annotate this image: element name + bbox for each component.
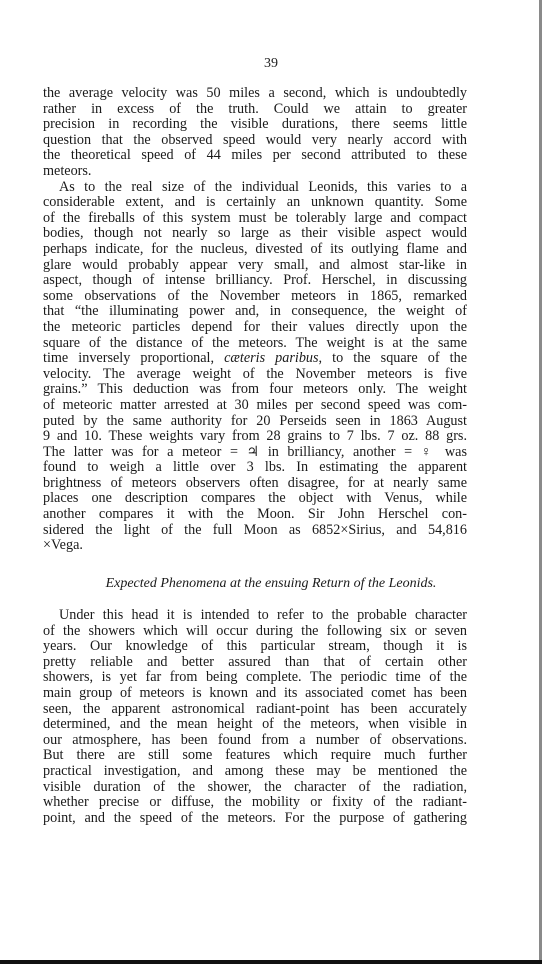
paragraph-velocity: the average velocity was 50 miles a seco… (43, 86, 467, 180)
page-bottom-edge (0, 960, 542, 964)
text-line: some observations of the November meteor… (43, 289, 467, 305)
text-line: places one description compares the obje… (43, 491, 467, 507)
text-line: velocity. The average weight of the Nove… (43, 367, 467, 383)
paragraph-expected-phenomena: Under this head it is intended to refer … (43, 608, 467, 826)
text-line: bodies, though not nearly so large as th… (43, 226, 467, 242)
text-line: years. Our knowledge of this particular … (43, 639, 467, 655)
text-line: that “the illuminating power and, in con… (43, 304, 467, 320)
text-line: seen, the apparent astronomical radiant-… (43, 702, 467, 718)
text-line: another compares it with the Moon. Sir J… (43, 507, 467, 523)
text-line: grains.” This deduction was from four me… (43, 382, 467, 398)
text-line: square of the distance of the meteors. T… (43, 336, 467, 352)
page-number: 39 (0, 56, 542, 72)
text-line: But there are still some features which … (43, 748, 467, 764)
text-line: As to the real size of the individual Le… (43, 180, 467, 196)
text-line: brightness of meteors observers often di… (43, 476, 467, 492)
text-line: meteors. (43, 164, 467, 180)
text-line: of the showers which will occur during t… (43, 624, 467, 640)
text-line: showers, is yet far from being complete.… (43, 670, 467, 686)
text-line: whether precise or diffuse, the mobility… (43, 795, 467, 811)
text-line: of meteoric matter arrested at 30 miles … (43, 398, 467, 414)
text-line: rather in excess of the truth. Could we … (43, 102, 467, 118)
text-line: the meteoric particles depend for their … (43, 320, 467, 336)
text-line: point, and the speed of the meteors. For… (43, 811, 467, 827)
text-line: found to weigh a little over 3 lbs. In e… (43, 460, 467, 476)
text-line: ×Vega. (43, 538, 467, 554)
text-line: main group of meteors is known and its a… (43, 686, 467, 702)
text-line: puted by the same authority for 20 Perse… (43, 414, 467, 430)
text-line: pretty reliable and better assured than … (43, 655, 467, 671)
text-line: sidered the light of the full Moon as 68… (43, 523, 467, 539)
text-line: practical investigation, and among these… (43, 764, 467, 780)
text-line: 9 and 10. These weights vary from 28 gra… (43, 429, 467, 445)
text-line: considerable extent, and is certainly an… (43, 195, 467, 211)
text-line: determined, and the mean height of the m… (43, 717, 467, 733)
text-line: The latter was for a meteor = ♃ in brill… (43, 445, 467, 461)
section-heading: Expected Phenomena at the ensuing Return… (0, 576, 542, 592)
text-line: time inversely proportional, cæteris par… (43, 351, 467, 367)
text-line: the average velocity was 50 miles a seco… (43, 86, 467, 102)
document-page: 39 the average velocity was 50 miles a s… (0, 0, 542, 964)
text-line: precision in recording the visible durat… (43, 117, 467, 133)
text-line: question that the observed speed would v… (43, 133, 467, 149)
text-line: aspect, though of intense brilliancy. Pr… (43, 273, 467, 289)
text-line: glare would probably appear very small, … (43, 258, 467, 274)
text-line: visible duration of the shower, the char… (43, 780, 467, 796)
text-line: perhaps indicate, for the nucleus, dives… (43, 242, 467, 258)
text-line: Under this head it is intended to refer … (43, 608, 467, 624)
text-line: our atmosphere, has been found from a nu… (43, 733, 467, 749)
text-line: of the fireballs of this system must be … (43, 211, 467, 227)
text-line: the theoretical speed of 44 miles per se… (43, 148, 467, 164)
paragraph-leonid-size: As to the real size of the individual Le… (43, 180, 467, 554)
